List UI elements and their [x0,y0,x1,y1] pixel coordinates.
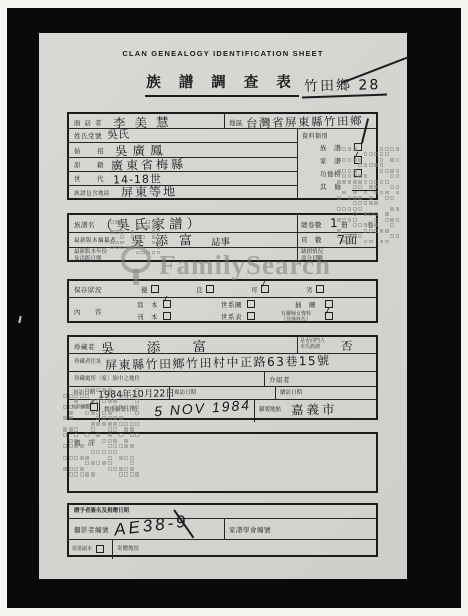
defect-label-line1: 缺損情況 [301,249,323,256]
women-data-checkmark: ✓ [323,306,332,317]
cat-gongdebang-label: 功德榜 [320,169,341,178]
defect-label-line2: 部分頁碼 [301,256,323,263]
donor-signature-label: 贈予者簽名及捐贈日期 [74,508,129,515]
condition-table: 保存狀況 優 良 可 ✓ 劣 內 容 寫 本 ✓ 刊 本 世系圖 世系表 插 圖… [67,279,378,323]
owner-address-label: 珍藏者住址 [74,359,102,366]
coverage-value: 屏東等地 [121,182,177,200]
interviewer-label: 面訪者 [74,118,106,127]
notes-box: 備 註 [67,432,378,493]
total-volumes-label: 總卷數 [301,220,322,229]
cat-jiapu-label: 家 譜 [320,156,341,165]
filming-location-label: 攝製地點 [259,407,281,414]
preservation-label: 保存狀況 [74,285,102,294]
processing-table: 贈予者簽名及捐贈日期 攝影者編號 AE38-9 家譜學會編號 需要副本 寄贈地址 [67,503,378,557]
generations-label: 世 代 [74,174,109,183]
lineage-chart-checkbox [247,300,255,308]
grade-excellent-checkbox [151,285,159,293]
lineage-chart-label: 世系圖 [221,300,242,309]
cat-other-line [352,190,376,191]
grade-good-checkbox [206,285,214,293]
grade-good-label: 良 [196,285,203,294]
first-ancestor-label: 始 祖 [74,146,109,155]
genealogy-form-paper: CLAN GENEALOGY IDENTIFICATION SHEET 族 譜 … [39,33,407,579]
category-label: 資料類別 [302,131,328,140]
printed-checkbox [163,312,171,320]
photographer-number-label: 攝影者編號 [74,525,109,534]
editor-note-value: 誌事 [211,234,230,248]
volume-unit-juan: 卷 [367,220,374,229]
listed-label-line2: 本氏族譜 [300,344,320,350]
surname-value: 吳氏 [107,126,129,142]
grade-fair-label: 可 [251,285,258,294]
introducer-label: 介紹者 [269,375,290,384]
origin-label: 原 籍 [74,160,109,169]
owner-table: 珍藏者 吳 添 富 是否同門人 本氏族譜 否 珍藏者住址 屏東縣竹田鄉竹田村中正… [67,335,378,420]
total-volumes-value: 1 [330,216,338,230]
followup-visit-label: 續訪日期 [280,390,302,397]
genealogy-name-label: 族譜名 [74,220,95,229]
grade-fair-checkmark: ✓ [259,279,268,290]
coverage-label: 族譜包含地區 [74,189,110,197]
edition-table: 族譜名 （吳氏家譜） 總卷數 1 冊 卷 最新版本編纂者 吳添富 誌事 頁 數 … [67,213,378,262]
area-label: 地區 [229,118,243,127]
mailing-address-label: 寄贈地址 [117,546,139,553]
cat-other-label: 其 他 [320,182,341,191]
latest-editor-label: 最新版本編纂者 [74,236,116,244]
first-visit-value: 1984年10月22日 [98,385,175,401]
identity-table: 面訪者 李美慧 地區 台灣省屏東縣竹田鄉 姓氏堂號 吳氏 始 祖 吳廣鳳 原 籍… [67,112,378,200]
page-count-label: 頁 數 [301,235,322,244]
cat-jiapu-checkmark: ✓ [352,150,361,161]
microfilm-date-label: 微捲攝製日期 [104,407,137,414]
grade-poor-checkbox [316,285,324,293]
form-header-english: CLAN GENEALOGY IDENTIFICATION SHEET [39,49,407,58]
copy-needed-checkbox [96,545,104,553]
lineage-table-checkbox [247,312,255,320]
association-number-label: 家譜學會編號 [229,525,271,534]
cat-zupu-label: 族 譜 [320,143,341,152]
illustration-label: 插 圖 [295,300,316,309]
volume-unit-ce: 冊 [341,220,348,229]
grade-excellent-label: 優 [141,285,148,294]
manuscript-label: 寫 本 [137,300,158,309]
latest-editor-value: 吳添富 [131,229,203,250]
microfilm-date-value: 5 NOV 1984 [154,397,252,420]
cat-gongdebang-checkbox [354,169,362,177]
surname-label: 姓氏堂號 [74,131,102,140]
notes-label: 備 註 [74,438,95,447]
copy-needed-label: 需要副本 [72,546,92,552]
filming-permitted-label: 允許攝製 [71,405,90,411]
latest-year-label-line2: 及出版日期 [74,256,102,263]
microfilm-scan: CLAN GENEALOGY IDENTIFICATION SHEET 族 譜 … [0,0,468,616]
form-title-chinese: 族 譜 調 查 表 [145,71,299,97]
latest-year-label-line1: 最新版本年份 [74,249,107,256]
printed-label: 刊 本 [137,312,158,321]
storage-place-label: 珍藏處所〔家〕族中之地位 [74,376,140,383]
lineage-table-label: 世系表 [221,312,242,321]
listed-answer-value: 否 [341,338,353,354]
first-visit-label: 初訪日期 [73,390,95,397]
grade-poor-label: 劣 [306,285,313,294]
page-count-value: 7面 [337,230,358,248]
second-visit-label: 複訪日期 [174,390,196,397]
content-label: 內 容 [74,307,106,316]
filming-location-value: 嘉義市 [291,400,338,419]
women-data-note: （非僅姓氏） [281,317,311,323]
film-note-handwritten: 竹田鄉 28 [304,74,381,96]
owner-label: 珍藏者 [74,342,95,351]
